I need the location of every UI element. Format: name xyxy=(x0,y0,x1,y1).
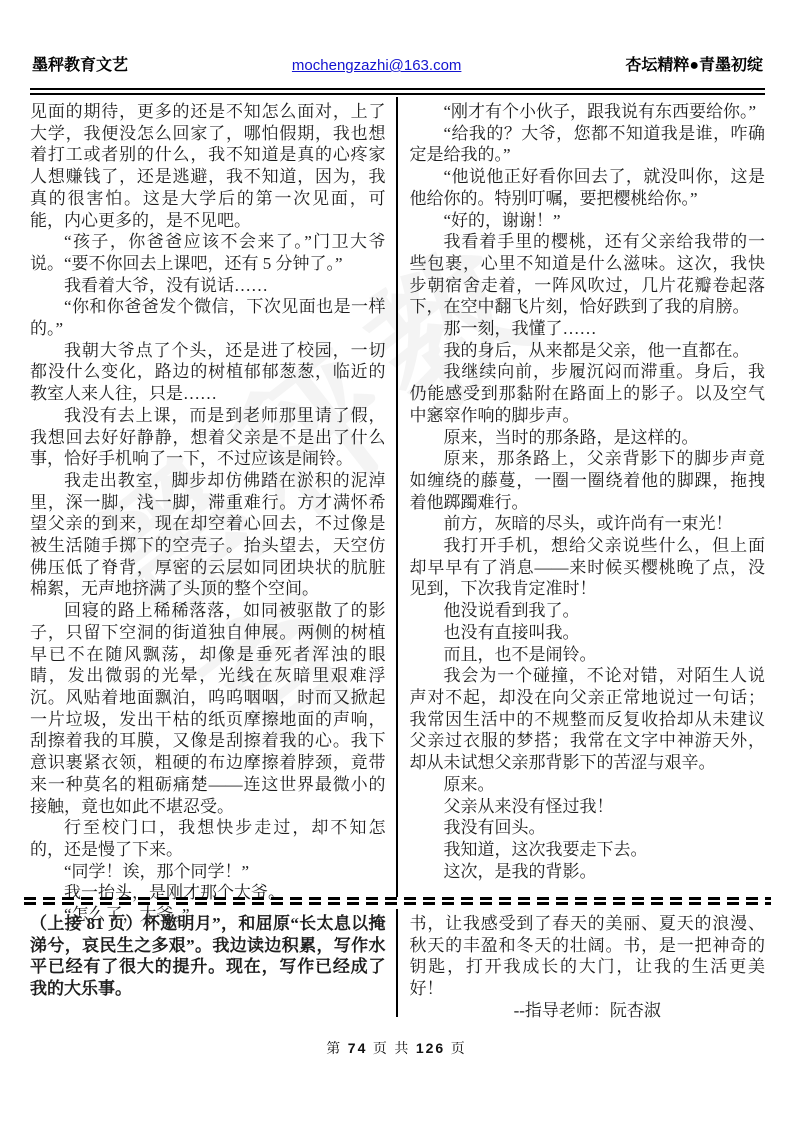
article-body: 见面的期待，更多的还是不知怎么面对，上了大学，我便没怎么回家了，哪怕假期，我也想… xyxy=(30,97,765,897)
total-pages: 126 xyxy=(416,1040,445,1056)
paragraph: 父亲从来没有怪过我！ xyxy=(410,796,766,818)
paragraph: 那一刻，我懂了…… xyxy=(410,318,766,340)
paragraph: “刚才有个小伙子，跟我说有东西要给你。” xyxy=(410,101,766,123)
paragraph: 原来。 xyxy=(410,774,766,796)
section-title: 杏坛精粹●青墨初绽 xyxy=(625,52,763,75)
paragraph: 我走出教室，脚步却仿佛踏在淤积的泥淖里，深一脚，浅一脚，滞重难行。方才满怀希望父… xyxy=(30,470,386,600)
paragraph: 他没说看到我了。 xyxy=(410,600,766,622)
paragraph: “他说他正好看你回去了，就没叫你，这是他给你的。特别叮嘱，要把樱桃给你。” xyxy=(410,166,766,209)
footer-suffix: 页 xyxy=(451,1042,467,1057)
paragraph: 我会为一个碰撞，不论对错，对陌生人说声对不起，却没在向父亲正常地说过一句话；我常… xyxy=(410,665,766,774)
paragraph: “给我的？大爷，您都不知道我是谁，咋确定是给我的。” xyxy=(410,123,766,166)
paragraph: 原来，当时的那条路，是这样的。 xyxy=(410,427,766,449)
paragraph: 我的身后，从来都是父亲，他一直都在。 xyxy=(410,340,766,362)
footer-prefix: 第 xyxy=(326,1042,342,1057)
continuation-left-column: （上接 81 页）杯邀明月”，和屈原“长太息以掩涕兮，哀民生之多艰”。我边读边积… xyxy=(30,909,396,1017)
paragraph: 这次，是我的背影。 xyxy=(410,861,766,883)
paragraph: 我朝大爷点了个头，还是进了校园，一切都没什么变化，路边的树植郁郁葱葱，临近的教室… xyxy=(30,340,386,405)
paragraph: 我没有去上课，而是到老师那里请了假，我想回去好好静静，想着父亲是不是出了什么事，… xyxy=(30,405,386,470)
paragraph: 我看着大爷，没有说话…… xyxy=(30,275,386,297)
paragraph: “孩子，你爸爸应该不会来了。”门卫大爷说。“要不你回去上课吧，还有 5 分钟了。… xyxy=(30,231,386,274)
continuation-right-column: 书，让我感受到了春天的美丽、夏天的浪漫、秋天的丰盈和冬天的壮阔。书，是一把神奇的… xyxy=(398,909,766,1017)
page-header: 墨秤教育文艺 mochengzazhi@163.com 杏坛精粹●青墨初绽 xyxy=(32,52,763,75)
journal-name: 墨秤教育文艺 xyxy=(32,52,128,75)
paragraph: 原来，那条路上，父亲背影下的脚步声竟如缠绕的藤蔓，一圈一圈绕着他的脚踝，拖拽着他… xyxy=(410,448,766,513)
paragraph: 回寝的路上稀稀落落，如同被驱散了的影子，只留下空洞的街道独自伸展。两侧的树植早已… xyxy=(30,600,386,817)
paragraph: 我看着手里的樱桃，还有父亲给我带的一些包裹，心里不知道是什么滋味。这次，我快步朝… xyxy=(410,231,766,318)
contact-email-link[interactable]: mochengzazhi@163.com xyxy=(292,57,461,74)
dash-row-bottom xyxy=(24,902,771,905)
paragraph: 我继续向前，步履沉闷而滞重。身后，我仍能感受到那黏附在路面上的影子。以及空气中窸… xyxy=(410,361,766,426)
paragraph: 我打开手机，想给父亲说些什么，但上面却早早有了消息——来时候买樱桃晚了点，没见到… xyxy=(410,535,766,600)
paragraph: 我知道，这次我要走下去。 xyxy=(410,839,766,861)
paragraph: 见面的期待，更多的还是不知怎么面对，上了大学，我便没怎么回家了，哪怕假期，我也想… xyxy=(30,101,386,231)
paragraph: “同学！诶，那个同学！” xyxy=(30,861,386,883)
article-right-column: “刚才有个小伙子，跟我说有东西要给你。”“给我的？大爷，您都不知道我是谁，咋确定… xyxy=(398,97,766,897)
paragraph: 我没有回头。 xyxy=(410,817,766,839)
article-left-column: 见面的期待，更多的还是不知怎么面对，上了大学，我便没怎么回家了，哪怕假期，我也想… xyxy=(30,97,396,897)
page-number: 74 xyxy=(348,1040,368,1056)
page-footer: 第 74 页 共 126 页 xyxy=(0,1038,793,1058)
paragraph: 而且，也不是闹铃。 xyxy=(410,644,766,666)
section-dashed-separator xyxy=(24,897,771,905)
magazine-page: 墨秤教育 墨秤教育文艺 mochengzazhi@163.com 杏坛精粹●青墨… xyxy=(0,0,793,1122)
paragraph: 行至校门口，我想快步走过，却不知怎的，还是慢了下来。 xyxy=(30,817,386,860)
continuation-right-paragraphs: 书，让我感受到了春天的美丽、夏天的浪漫、秋天的丰盈和冬天的壮阔。书，是一把神奇的… xyxy=(410,913,766,1000)
continuation-section: （上接 81 页）杯邀明月”，和屈原“长太息以掩涕兮，哀民生之多艰”。我边读边积… xyxy=(30,909,765,1017)
paragraph: （上接 81 页）杯邀明月”，和屈原“长太息以掩涕兮，哀民生之多艰”。我边读边积… xyxy=(30,913,386,1000)
paragraph: 前方，灰暗的尽头，或许尚有一束光！ xyxy=(410,513,766,535)
footer-middle: 页 共 xyxy=(373,1042,411,1057)
paragraph: 书，让我感受到了春天的美丽、夏天的浪漫、秋天的丰盈和冬天的壮阔。书，是一把神奇的… xyxy=(410,913,766,1000)
teacher-signoff: --指导老师：阮杏淑 xyxy=(410,1000,766,1022)
paragraph: 也没有直接叫我。 xyxy=(410,622,766,644)
dash-row-top xyxy=(24,897,771,900)
paragraph: “好的，谢谢！” xyxy=(410,210,766,232)
header-double-rule xyxy=(30,88,765,95)
paragraph: “你和你爸爸发个微信，下次见面也是一样的。” xyxy=(30,296,386,339)
